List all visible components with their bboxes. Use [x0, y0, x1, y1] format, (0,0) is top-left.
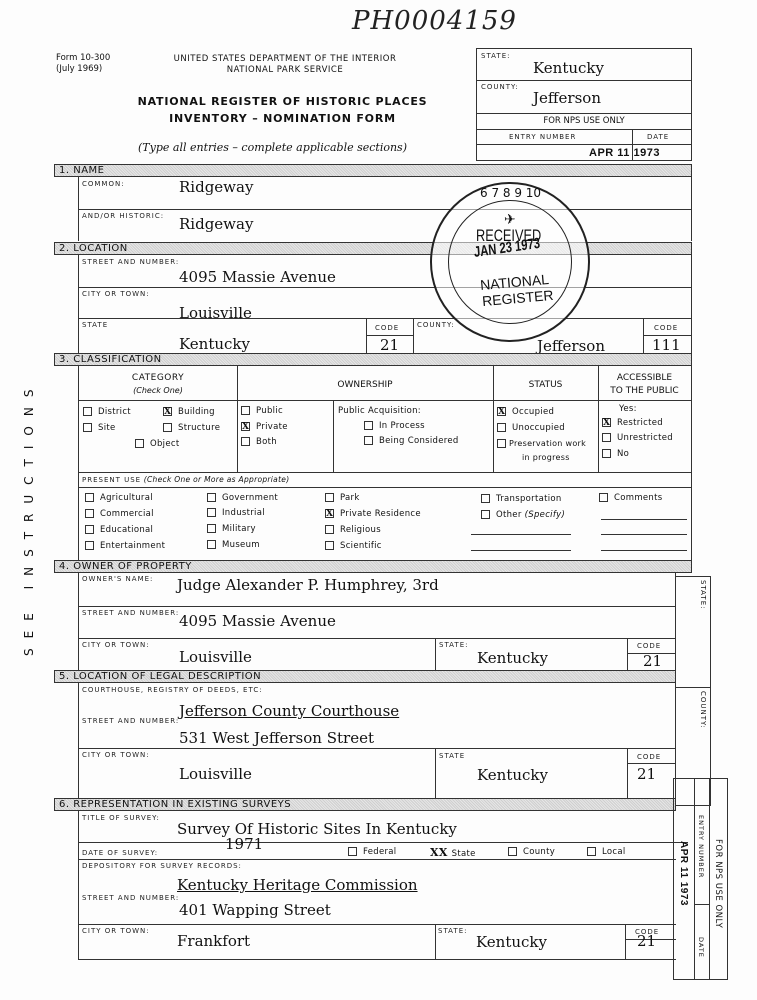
acquisition-label: Public Acquisition: — [338, 406, 421, 416]
other-line[interactable] — [471, 550, 571, 551]
option-label: Local — [602, 847, 626, 857]
checkbox[interactable]: XX — [430, 846, 448, 859]
depository-label: DEPOSITORY FOR SURVEY RECORDS: — [82, 862, 242, 870]
option-label: District — [98, 407, 131, 417]
option-label: Both — [256, 437, 277, 447]
option-label: Unoccupied — [512, 423, 565, 433]
checkbox[interactable] — [364, 436, 373, 445]
option-label: Federal — [363, 847, 396, 857]
use-religious[interactable]: Religious — [325, 525, 381, 535]
historic-name: Ridgeway — [179, 215, 253, 233]
option-label: Site — [98, 423, 116, 433]
section3-header: 3. CLASSIFICATION — [54, 353, 692, 366]
use-commercial[interactable]: Commercial — [85, 509, 154, 519]
received-stamp: ✈ RECEIVED JAN 23 1973 NATIONAL REGISTER… — [430, 182, 590, 342]
checkbox[interactable]: X — [497, 407, 506, 416]
section6-header: 6. REPRESENTATION IN EXISTING SURVEYS — [54, 798, 676, 811]
option-label: Government — [222, 493, 278, 503]
comments-line[interactable] — [601, 550, 687, 551]
accessible-yes: Yes: — [619, 404, 637, 414]
option-label: State — [452, 849, 476, 859]
option-label: Comments — [614, 493, 662, 503]
section4-header: 4. OWNER OF PROPERTY — [54, 560, 692, 573]
survey-street: 401 Wapping Street — [179, 901, 331, 919]
use-scientific[interactable]: Scientific — [325, 541, 382, 551]
use-industrial[interactable]: Industrial — [207, 508, 265, 518]
county-code: 111 — [652, 336, 681, 354]
survey-state-label: STATE: — [438, 927, 467, 935]
option-label: Educational — [100, 525, 153, 535]
use-military[interactable]: Military — [207, 524, 256, 534]
status-occupied[interactable]: XOccupied — [497, 407, 554, 417]
checkbox[interactable] — [207, 540, 216, 549]
use-entertainment[interactable]: Entertainment — [85, 541, 165, 551]
use-transportation[interactable]: Transportation — [481, 494, 562, 504]
section5-header: 5. LOCATION OF LEGAL DESCRIPTION — [54, 670, 676, 683]
option-label: Private — [256, 422, 288, 432]
location-state: Kentucky — [179, 335, 250, 353]
checkbox[interactable]: X — [602, 418, 611, 427]
option-label: Other — [496, 510, 522, 520]
checkbox[interactable] — [135, 439, 144, 448]
owner-state: Kentucky — [477, 649, 548, 667]
option-label: Private Residence — [340, 509, 421, 519]
right-margin-state-county: STATE: COUNTY: — [676, 576, 711, 806]
checkbox[interactable] — [348, 847, 357, 856]
classification-table: CATEGORY (Check One) OWNERSHIP STATUS AC… — [78, 366, 692, 562]
accessible-unrestricted[interactable]: Unrestricted — [602, 433, 673, 443]
agency-line1: UNITED STATES DEPARTMENT OF THE INTERIOR — [140, 54, 430, 65]
header-box: STATE: Kentucky COUNTY: Jefferson FOR NP… — [476, 48, 692, 161]
owner-city: Louisville — [179, 648, 252, 666]
option-label: Unrestricted — [617, 433, 673, 443]
form-number-text: Form 10-300 — [56, 53, 110, 64]
margin-entry-stamp: APR 11 1973 — [678, 841, 689, 906]
accessible-label2: TO THE PUBLIC — [598, 385, 691, 398]
category-site[interactable]: Site — [83, 423, 116, 433]
title-line1: NATIONAL REGISTER OF HISTORIC PLACES — [120, 93, 445, 110]
location-code: 21 — [380, 336, 399, 354]
checkbox[interactable] — [497, 439, 506, 448]
owner-street: 4095 Massie Avenue — [179, 612, 336, 630]
category-building[interactable]: XBuilding — [163, 407, 215, 417]
checkbox[interactable] — [85, 509, 94, 518]
section1-header: 1. NAME — [54, 164, 692, 177]
survey-date-label: DATE OF SURVEY: — [82, 849, 158, 857]
checkbox[interactable] — [83, 423, 92, 432]
checkbox[interactable] — [325, 541, 334, 550]
checkbox[interactable] — [497, 423, 506, 432]
legal-city: Louisville — [179, 765, 252, 783]
margin-entry-number-label: ENTRY NUMBER — [697, 815, 705, 878]
courthouse: Jefferson County Courthouse — [179, 702, 399, 720]
use-government[interactable]: Government — [207, 493, 278, 503]
other-line[interactable] — [471, 534, 571, 535]
legal-code: 21 — [637, 765, 656, 783]
option-label: Preservation work — [509, 439, 586, 448]
checkbox[interactable] — [325, 493, 334, 502]
margin-state-label: STATE: — [699, 580, 707, 609]
option-label: Being Considered — [379, 436, 459, 446]
status-label: STATUS — [493, 380, 598, 390]
location-state-label: STATE — [82, 321, 108, 329]
handwritten-id: PH0004159 — [352, 6, 517, 36]
checkbox[interactable] — [241, 406, 250, 415]
option-label: Occupied — [512, 407, 554, 417]
header-county-label: COUNTY: — [481, 83, 519, 91]
category-district[interactable]: District — [83, 407, 131, 417]
survey-local[interactable]: Local — [587, 847, 626, 857]
option-label: No — [617, 449, 629, 459]
comments-line[interactable] — [601, 519, 687, 520]
present-use-title: PRESENT USE — [82, 476, 141, 484]
survey-state-value: Kentucky — [476, 933, 547, 951]
checkbox[interactable] — [481, 510, 490, 519]
category-structure[interactable]: Structure — [163, 423, 220, 433]
status-unoccupied[interactable]: Unoccupied — [497, 423, 565, 433]
checkbox[interactable] — [207, 508, 216, 517]
title-line2: INVENTORY – NOMINATION FORM — [120, 110, 445, 127]
owner-name: Judge Alexander P. Humphrey, 3rd — [177, 576, 439, 594]
location-county-label: COUNTY: — [417, 321, 455, 329]
accessible-label: ACCESSIBLE TO THE PUBLIC — [598, 372, 691, 398]
category-sub: (Check One) — [79, 386, 237, 395]
owner-city-label: CITY OR TOWN: — [82, 641, 150, 649]
entry-date-label: DATE — [647, 133, 669, 141]
option-label: Religious — [340, 525, 381, 535]
option-label: Scientific — [340, 541, 382, 551]
survey-state[interactable]: XXState — [430, 846, 476, 859]
checkbox[interactable] — [85, 525, 94, 534]
county-code-label: CODE — [654, 324, 678, 332]
option-label: Building — [178, 407, 215, 417]
depository: Kentucky Heritage Commission — [177, 876, 418, 894]
use-comments[interactable]: Comments — [599, 493, 662, 503]
ownership-private[interactable]: XPrivate — [241, 422, 288, 432]
common-label: COMMON: — [82, 180, 125, 188]
entry-number-label: ENTRY NUMBER — [509, 133, 576, 141]
checkbox[interactable] — [85, 493, 94, 502]
status-in-progress: in progress — [522, 453, 570, 462]
accessible-no[interactable]: No — [602, 449, 629, 459]
form-date-text: (July 1969) — [56, 64, 110, 75]
survey-street-label: STREET AND NUMBER: — [82, 894, 179, 902]
option-label: Structure — [178, 423, 220, 433]
margin-date-label: DATE — [697, 937, 705, 958]
option-label: Entertainment — [100, 541, 165, 551]
margin-county-label: COUNTY: — [699, 691, 707, 729]
option-label: In Process — [379, 421, 425, 431]
legal-street: 531 West Jefferson Street — [179, 729, 374, 747]
option-label: Public — [256, 406, 283, 416]
legal-state-label: STATE — [439, 752, 465, 760]
acquisition-in-process[interactable]: In Process — [364, 421, 425, 431]
category-object[interactable]: Object — [135, 439, 179, 449]
ownership-public[interactable]: Public — [241, 406, 283, 416]
present-use-sub: (Check One or More as Appropriate) — [144, 475, 290, 484]
owner-code: 21 — [643, 652, 662, 670]
checkbox[interactable] — [85, 541, 94, 550]
option-label: Industrial — [222, 508, 265, 518]
location-street: 4095 Massie Avenue — [179, 268, 336, 286]
location-street-label: STREET AND NUMBER: — [82, 258, 179, 266]
see-instructions: SEE INSTRUCTIONS — [22, 378, 36, 658]
option-label: Military — [222, 524, 256, 534]
acquisition-being-considered[interactable]: Being Considered — [364, 436, 459, 446]
header-county: Jefferson — [533, 89, 601, 107]
checkbox[interactable] — [207, 524, 216, 533]
use-park[interactable]: Park — [325, 493, 360, 503]
ownership-label: OWNERSHIP — [237, 380, 493, 390]
courthouse-label: COURTHOUSE, REGISTRY OF DEEDS, ETC: — [82, 686, 263, 694]
accessible-label1: ACCESSIBLE — [598, 372, 691, 385]
checkbox[interactable] — [207, 493, 216, 502]
checkbox[interactable] — [587, 847, 596, 856]
use-educational[interactable]: Educational — [85, 525, 153, 535]
survey-title: Survey Of Historic Sites In Kentucky — [177, 820, 457, 838]
use-other[interactable]: Other (Specify) — [481, 510, 565, 520]
checkbox[interactable]: X — [325, 509, 334, 518]
option-label: Commercial — [100, 509, 154, 519]
survey-city: Frankfort — [177, 932, 250, 950]
checkbox[interactable] — [241, 437, 250, 446]
survey-city-label: CITY OR TOWN: — [82, 927, 150, 935]
owner-state-label: STATE: — [439, 641, 468, 649]
comments-line[interactable] — [601, 534, 687, 535]
location-city-label: CITY OR TOWN: — [82, 290, 150, 298]
entry-date-stamp: APR 11 1973 — [589, 147, 660, 159]
use-private-residence[interactable]: XPrivate Residence — [325, 509, 421, 519]
location-city: Louisville — [179, 304, 252, 322]
checkbox[interactable] — [364, 421, 373, 430]
checkbox[interactable] — [163, 423, 172, 432]
survey-federal[interactable]: Federal — [348, 847, 396, 857]
nps-use-label: FOR NPS USE ONLY — [477, 116, 691, 126]
option-label: Restricted — [617, 418, 663, 428]
margin-nps-label: FOR NPS USE ONLY — [713, 839, 723, 928]
form-number: Form 10-300 (July 1969) — [56, 53, 110, 75]
form-title: NATIONAL REGISTER OF HISTORIC PLACES INV… — [120, 93, 445, 127]
use-agricultural[interactable]: Agricultural — [85, 493, 153, 503]
option-label: County — [523, 847, 555, 857]
form-instruction: (Type all entries – complete applicable … — [138, 141, 407, 154]
checkbox[interactable] — [508, 847, 517, 856]
checkbox[interactable] — [481, 494, 490, 503]
section2-header: 2. LOCATION — [54, 242, 692, 255]
checkbox[interactable]: X — [241, 422, 250, 431]
present-use-label: PRESENT USE (Check One or More as Approp… — [82, 475, 289, 484]
owner-code-label: CODE — [637, 642, 661, 650]
agency: UNITED STATES DEPARTMENT OF THE INTERIOR… — [140, 54, 430, 76]
checkbox[interactable] — [602, 449, 611, 458]
option-label: Museum — [222, 540, 260, 550]
status-preservation[interactable]: Preservation work — [497, 439, 586, 448]
header-state: Kentucky — [533, 59, 604, 77]
accessible-restricted[interactable]: XRestricted — [602, 418, 663, 428]
legal-street-label: STREET AND NUMBER: — [82, 717, 179, 725]
common-name: Ridgeway — [179, 178, 253, 196]
historic-label: AND/OR HISTORIC: — [82, 212, 164, 220]
ownership-both[interactable]: Both — [241, 437, 277, 447]
checkbox[interactable] — [602, 433, 611, 442]
option-label: Object — [150, 439, 179, 449]
option-label: Park — [340, 493, 360, 503]
survey-county[interactable]: County — [508, 847, 555, 857]
legal-city-label: CITY OR TOWN: — [82, 751, 150, 759]
owner-name-label: OWNER'S NAME: — [82, 575, 153, 583]
legal-code-label: CODE — [637, 753, 661, 761]
location-code-label: CODE — [375, 324, 399, 332]
survey-code: 21 — [637, 932, 656, 950]
header-state-label: STATE: — [481, 52, 510, 60]
survey-title-label: TITLE OF SURVEY: — [82, 814, 160, 822]
checkbox[interactable] — [325, 525, 334, 534]
category-label: CATEGORY — [79, 373, 237, 383]
checkbox[interactable] — [83, 407, 92, 416]
right-margin-nps-box: APR 11 1973 ENTRY NUMBER DATE FOR NPS US… — [673, 778, 728, 980]
owner-street-label: STREET AND NUMBER: — [82, 609, 179, 617]
checkbox[interactable]: X — [163, 407, 172, 416]
other-specify: (Specify) — [525, 510, 565, 520]
survey-date: 1971 — [225, 835, 263, 853]
legal-state: Kentucky — [477, 766, 548, 784]
option-label: Transportation — [496, 494, 562, 504]
option-label: Agricultural — [100, 493, 153, 503]
use-museum[interactable]: Museum — [207, 540, 260, 550]
checkbox[interactable] — [599, 493, 608, 502]
agency-line2: NATIONAL PARK SERVICE — [140, 65, 430, 76]
